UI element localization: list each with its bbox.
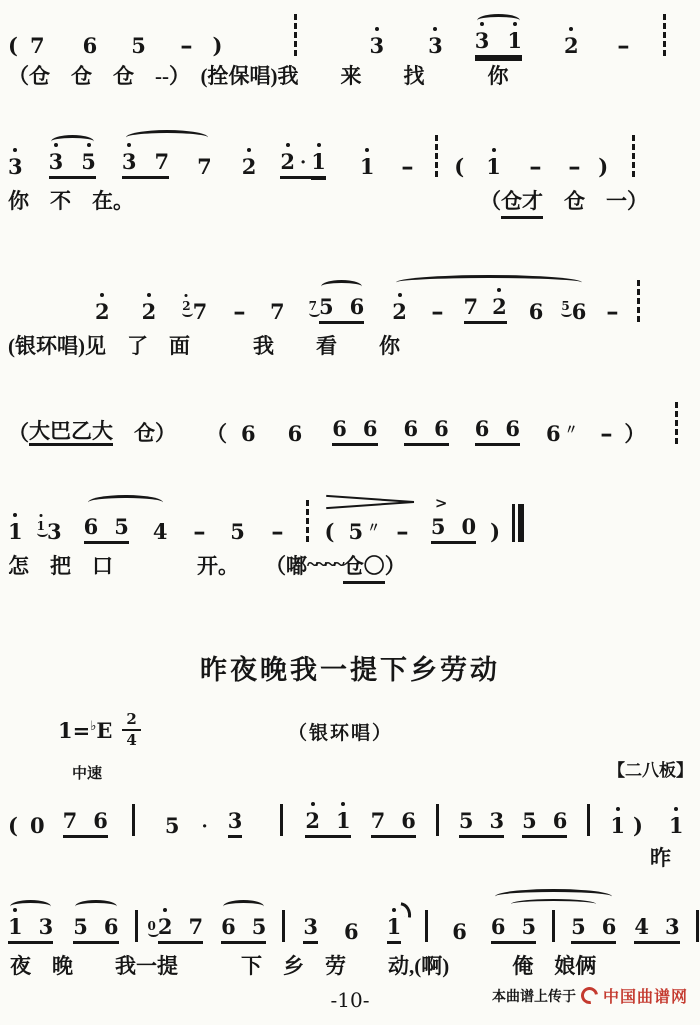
- barline-dashed: [663, 14, 666, 56]
- barline: [696, 910, 699, 942]
- watermark-prefix: 本曲谱上传于: [492, 986, 576, 1006]
- time-signature: 2 4: [122, 712, 140, 748]
- tremolo-mark: 〃: [565, 424, 578, 437]
- note: 6: [288, 423, 303, 446]
- lyrics-row-7: 夜 晚 我一提 下 乡 劳 动,(啊) 俺 娘俩: [10, 950, 596, 980]
- lyric-text: 昨: [650, 842, 671, 872]
- note: （: [206, 423, 227, 446]
- wavy-line: ~~~~: [307, 552, 343, 577]
- tremolo-mark: 〃: [367, 522, 380, 535]
- note: 5: [131, 35, 146, 58]
- sheet-music-page: ( 7 6 5 - ) 3 3 3 1 2 - （仓 仓 仓 --） (拴保唱)…: [0, 0, 700, 1025]
- sustain-dash: -: [616, 35, 629, 58]
- notation-row-5: 1 1 3 6 5 4 - 5 - ( 5 〃 - > 5 0 ): [8, 498, 524, 544]
- note: 7: [193, 301, 208, 324]
- note: 6: [363, 418, 378, 441]
- note: 7: [197, 156, 212, 179]
- note: 6: [344, 921, 359, 944]
- barline: [135, 910, 138, 942]
- time-denominator: 4: [126, 733, 136, 748]
- note: 3: [489, 810, 504, 833]
- note-group: 2 1: [305, 810, 350, 838]
- note-group: > 5 0: [431, 516, 476, 544]
- note: 6: [475, 418, 490, 441]
- lyric-text: 你 不 在。: [8, 185, 134, 215]
- note: 6: [332, 418, 347, 441]
- note: 6: [572, 301, 587, 324]
- note: 6: [505, 418, 520, 441]
- lyric-text: （嘟: [265, 550, 307, 580]
- note: ): [633, 815, 643, 838]
- note: 7: [464, 296, 479, 319]
- note-group: 3 5: [49, 151, 96, 179]
- note: ): [213, 35, 223, 58]
- note-group: 6 5: [221, 916, 266, 944]
- note-group: 3: [303, 916, 318, 944]
- slur-group: 3 7 7: [122, 151, 212, 179]
- site-logo-icon: [578, 984, 602, 1008]
- note-group: 7 2: [464, 296, 507, 324]
- watermark: 本曲谱上传于 中国曲谱网: [492, 984, 688, 1007]
- sustain-dash: -: [606, 301, 619, 324]
- flat-icon: ♭: [90, 719, 96, 734]
- note: 6: [553, 810, 568, 833]
- note: 1: [486, 156, 501, 179]
- note-group: 6 5: [491, 916, 536, 944]
- note-group: 4 3: [634, 916, 679, 944]
- note: 3: [122, 151, 137, 174]
- barline-dashed: [637, 280, 640, 322]
- note: 3: [665, 916, 680, 939]
- note-group: 6 6: [475, 418, 520, 446]
- note: ）: [624, 423, 645, 446]
- slur-group: 2 - 7 2 6 5 6: [392, 296, 586, 324]
- note: 6: [529, 301, 544, 324]
- note-group: 5 6: [319, 296, 364, 324]
- grace-note: 1: [37, 520, 45, 532]
- slur-group: 6 5 4: [84, 516, 168, 544]
- notation-row-6: ( 0 7 6 5 · 3 2 1 7 6 5 3 5 6 1 ): [8, 792, 700, 838]
- note: 3: [228, 810, 243, 833]
- note: 6: [434, 418, 449, 441]
- note: 2: [158, 916, 173, 939]
- note-group: 3 7: [122, 151, 169, 179]
- notation-row-2: 3 3 5 3 7 7 2 2 · 1 1 - ( 1 - - ): [8, 133, 635, 179]
- note: 7: [30, 35, 45, 58]
- note-group: 7 6: [371, 810, 416, 838]
- singer-label: （银环唱）: [288, 718, 393, 745]
- note: 2: [305, 810, 320, 833]
- note: 6: [104, 916, 119, 939]
- note: 6: [452, 921, 467, 944]
- lyrics-row-5: 怎 把 口 开。 （嘟 ~~~~ 仓〇 ）: [8, 550, 406, 584]
- note: 2: [564, 35, 579, 58]
- note: 4: [153, 521, 168, 544]
- note: 5: [114, 516, 129, 539]
- key-tonic: E: [96, 718, 112, 743]
- note: 2: [242, 156, 257, 179]
- sustain-dash: -: [567, 156, 580, 179]
- hairpin-decrescendo-icon: [326, 494, 414, 508]
- note-group: 3 1: [475, 30, 522, 58]
- final-barline: [512, 504, 524, 542]
- note: 4: [634, 916, 649, 939]
- lyrics-row-2: 你 不 在。: [8, 185, 134, 215]
- note-group: 2 · 1: [280, 151, 326, 179]
- note: 1: [311, 151, 326, 174]
- note: 1: [336, 810, 351, 833]
- note: 1: [610, 815, 625, 838]
- key-prefix: 1=: [58, 718, 90, 743]
- note: 5: [348, 521, 363, 544]
- note: 5: [459, 810, 474, 833]
- barline: [436, 804, 439, 836]
- note: 6: [84, 516, 99, 539]
- note-group: 5 3: [459, 810, 504, 838]
- notation-row-1: ( 7 6 5 - ) 3 3 3 1 2 -: [8, 12, 666, 58]
- note: 7: [188, 916, 203, 939]
- note: ): [490, 521, 500, 544]
- note: 5: [252, 916, 267, 939]
- barline: [425, 910, 428, 942]
- barline-dashed: [294, 14, 297, 56]
- notation-row-3: 2 2 2 7 - 7 7 5 6 2 - 7 2 6 5 6 -: [95, 278, 640, 324]
- note: 6: [350, 296, 365, 319]
- lyrics-row-3: (银环唱)见 了 面 我 看 你: [8, 330, 400, 360]
- dot: ·: [201, 818, 207, 838]
- sustain-dash: -: [271, 521, 284, 544]
- watermark-site-name: 中国曲谱网: [603, 984, 688, 1007]
- note: 5: [230, 521, 245, 544]
- note-group: 2 7: [158, 916, 203, 944]
- note: (: [325, 521, 335, 544]
- sustain-dash: -: [180, 35, 193, 58]
- sustain-dash: -: [400, 156, 413, 179]
- note: 2: [392, 301, 407, 324]
- barline-dashed: [632, 135, 635, 177]
- note: 0: [30, 815, 45, 838]
- barline-dashed: [306, 500, 309, 542]
- note: (: [454, 156, 464, 179]
- barline-thick: [518, 504, 524, 542]
- tempo-label: 中速: [72, 762, 102, 783]
- note: 5: [81, 151, 96, 174]
- barline: [132, 804, 135, 836]
- note: 5: [521, 916, 536, 939]
- note: 2: [142, 301, 157, 324]
- grace-note: 0: [148, 920, 156, 932]
- slur-group: 6 5 5 6: [491, 910, 617, 944]
- note-group: 6 5: [84, 516, 129, 544]
- note: 1: [669, 815, 684, 838]
- note: 2: [280, 151, 295, 174]
- note-group: 5 6: [73, 916, 118, 944]
- dot: ·: [300, 154, 306, 174]
- note: 6: [83, 35, 98, 58]
- time-numerator: 2: [122, 712, 140, 731]
- barline: [552, 910, 555, 942]
- note: (: [8, 815, 18, 838]
- lyric-text: ）: [385, 550, 406, 580]
- barline: [282, 910, 285, 942]
- note: 7: [155, 151, 170, 174]
- note: 6: [93, 810, 108, 833]
- note: 1: [507, 30, 522, 53]
- lyric-underlined: 大巴乙大: [29, 421, 113, 446]
- note-group: 1: [387, 916, 402, 944]
- note: 1: [387, 916, 402, 939]
- lyrics-row-1: （仓 仓 仓 --） (拴保唱)我 来 找 你: [8, 60, 508, 90]
- note-group: 1 3: [8, 916, 53, 944]
- lyric-text: (银环唱)见 了 面 我 看 你: [8, 330, 400, 360]
- note: 1: [8, 521, 23, 544]
- lyric-text: 夜 晚 我一提 下 乡 劳 动,(啊) 俺 娘俩: [10, 950, 596, 980]
- song-title: 昨夜晚我一提下乡劳动: [0, 648, 700, 687]
- note: 5: [319, 296, 334, 319]
- note: 1: [8, 916, 23, 939]
- grace-note: 2: [182, 300, 190, 312]
- note: 5: [165, 815, 180, 838]
- note: 6: [602, 916, 617, 939]
- accent-mark: >: [435, 496, 448, 511]
- sustain-dash: -: [233, 301, 246, 324]
- note: 1: [360, 156, 375, 179]
- barline: [280, 804, 283, 836]
- lyric-text: 怎 把 口 开。: [8, 550, 239, 580]
- grace-note: 7: [309, 300, 317, 312]
- banshi-label: 【二八板】: [608, 756, 693, 781]
- lyric-text: （仓 仓 仓 --） (拴保唱)我 来 找 你: [8, 60, 508, 90]
- note: 7: [270, 301, 285, 324]
- barline-thin: [512, 504, 515, 542]
- sustain-dash: -: [193, 521, 206, 544]
- lyric-text: （: [8, 423, 29, 446]
- note: 3: [47, 521, 62, 544]
- lyric-underlined: 仓才: [501, 185, 543, 219]
- note: 0: [461, 516, 476, 539]
- note: 6: [241, 423, 256, 446]
- lyrics-row-2-right: （ 仓才 仓 一）: [480, 185, 648, 219]
- note-group: 7 6: [63, 810, 108, 838]
- note: 5: [431, 516, 446, 539]
- note: 7: [371, 810, 386, 833]
- barline-dashed: [435, 135, 438, 177]
- lyric-text: 仓 一）: [543, 185, 648, 215]
- note: 6: [546, 423, 561, 446]
- note: 2: [492, 296, 507, 319]
- note: ): [598, 156, 608, 179]
- note: 3: [369, 35, 384, 58]
- note: 6: [401, 810, 416, 833]
- sustain-dash: -: [396, 521, 409, 544]
- note: 3: [428, 35, 443, 58]
- key-signature: 1=♭E 2 4: [58, 712, 141, 748]
- lyrics-row-6: 昨: [650, 842, 671, 872]
- note-group: 5 6: [522, 810, 567, 838]
- note: 3: [475, 30, 490, 53]
- note: 7: [63, 810, 78, 833]
- lyric-text: （: [480, 185, 501, 215]
- note: 3: [39, 916, 54, 939]
- notation-row-4: （ 大巴乙大 仓） （ 6 6 6 6 6 6 6 6 6 〃 - ）: [8, 400, 678, 446]
- barline-dashed: [675, 402, 678, 444]
- lyric-text: 仓）: [113, 423, 176, 446]
- note: 6: [491, 916, 506, 939]
- note: 5: [73, 916, 88, 939]
- note: 5: [522, 810, 537, 833]
- note: 2: [95, 301, 110, 324]
- sustain-dash: -: [599, 423, 612, 446]
- note-group: 6 6: [404, 418, 449, 446]
- note: 3: [303, 916, 318, 939]
- lyric-underlined: 仓〇: [343, 550, 385, 584]
- note: 3: [8, 156, 23, 179]
- sustain-dash: -: [529, 156, 542, 179]
- sustain-dash: -: [431, 301, 444, 324]
- note: 6: [404, 418, 419, 441]
- note-group: 6 6: [332, 418, 377, 446]
- note: 5: [571, 916, 586, 939]
- note: 6: [221, 916, 236, 939]
- note-group: 3: [228, 810, 243, 838]
- barline: [587, 804, 590, 836]
- note-group: 5 6: [571, 916, 616, 944]
- note: (: [8, 35, 18, 58]
- note: 3: [49, 151, 64, 174]
- notation-row-7: 1 3 5 6 0 2 7 6 5 3 6 1 6 6 5: [8, 898, 699, 944]
- grace-note: 5: [561, 300, 569, 312]
